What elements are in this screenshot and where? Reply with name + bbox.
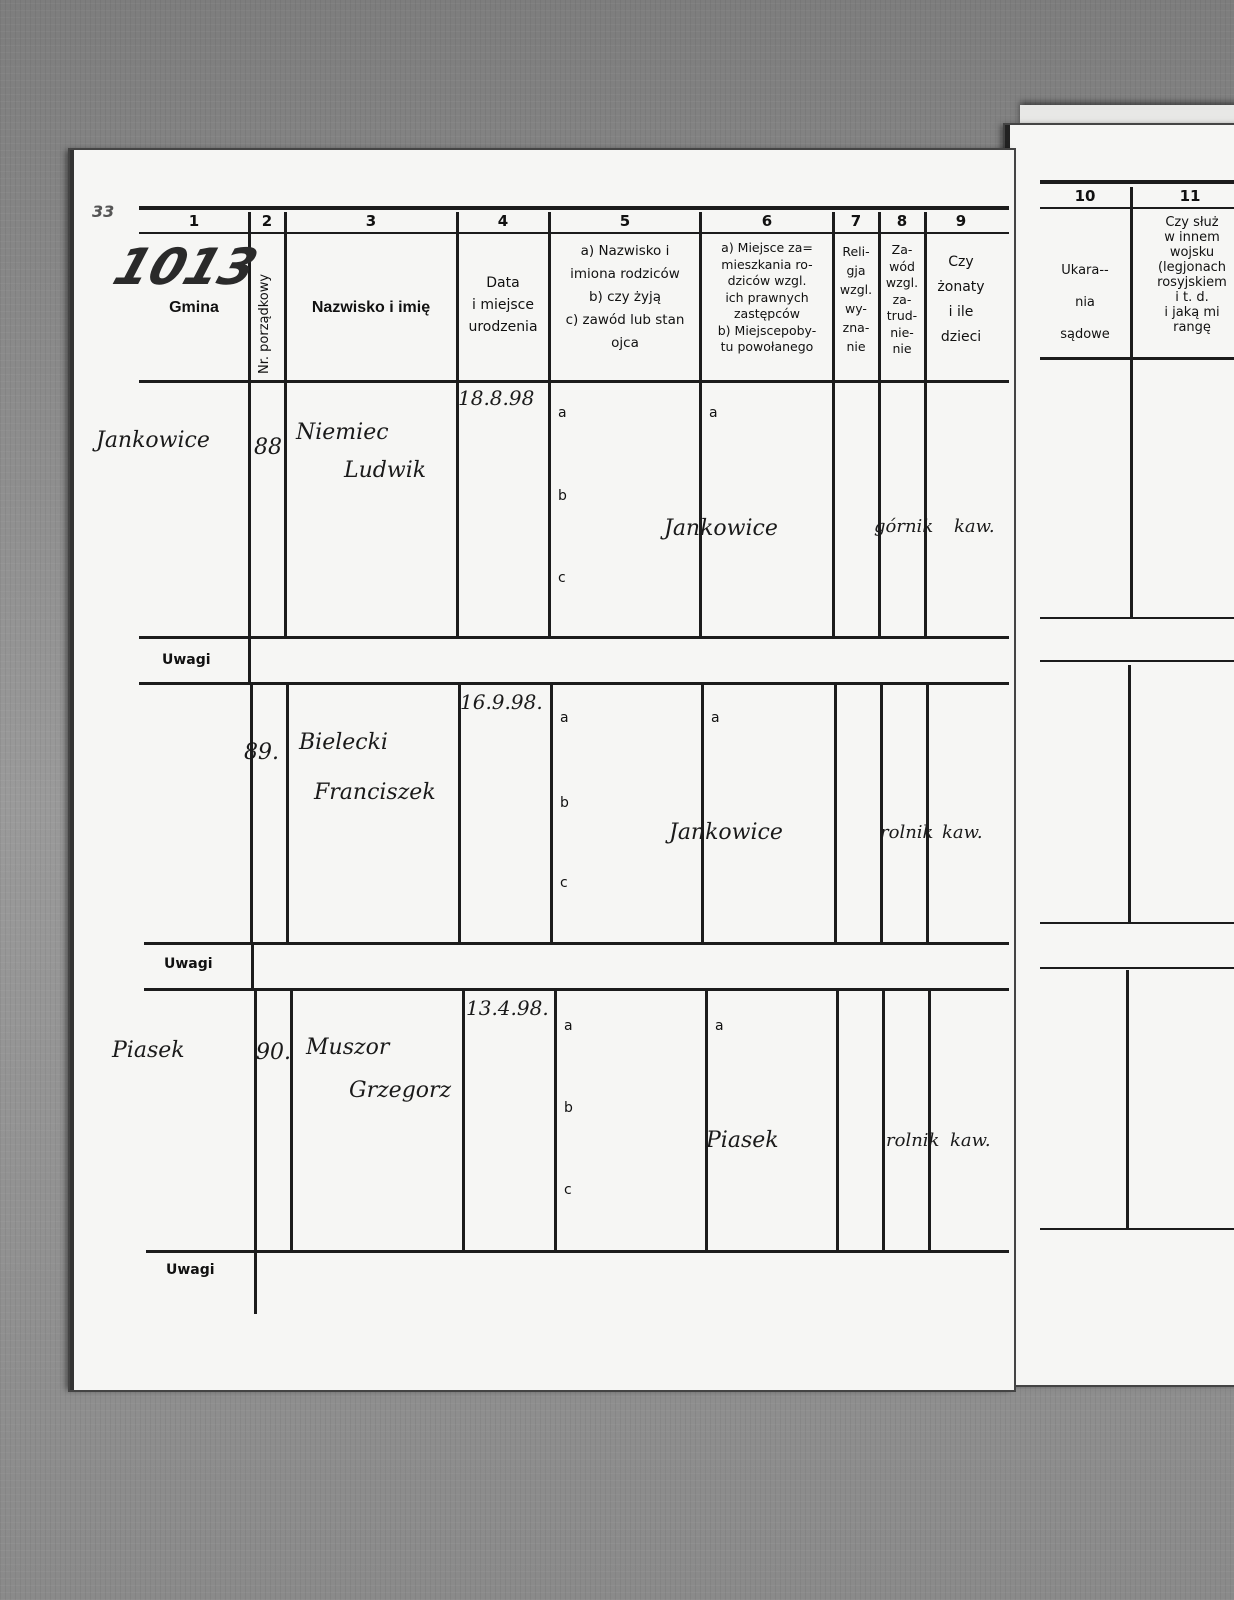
column-number-5: 5 xyxy=(550,212,700,230)
sub-label-c: c xyxy=(558,570,566,586)
column-header-religja: Reli- gja wzgl. wy- zna- nie xyxy=(834,242,878,356)
sub-label-a: a xyxy=(560,710,569,726)
sub-label-a: a xyxy=(564,1018,573,1034)
entry-residence: Piasek xyxy=(706,1128,779,1153)
column-number-7: 7 xyxy=(834,212,878,230)
entry-nr: 88 xyxy=(254,435,282,460)
sub-label-a: a xyxy=(558,405,567,421)
column-number-11: 11 xyxy=(1135,187,1234,205)
column-header-sluzba: Czy służ w innem wojsku (legjonach rosyj… xyxy=(1132,215,1234,335)
page-number: 33 xyxy=(92,202,114,221)
sub-label-c: c xyxy=(564,1182,572,1198)
entry-nr: 90. xyxy=(256,1040,291,1065)
column-number-8: 8 xyxy=(880,212,924,230)
column-header-nr-porzadkowy: Nr. porządkowy xyxy=(257,238,272,374)
entry-residence: Jankowice xyxy=(664,516,778,541)
entry-nr: 89. xyxy=(244,740,279,765)
sub-label-b: b xyxy=(564,1100,573,1116)
register-number: 1013 xyxy=(107,238,265,296)
adjacent-page: 10 11 Ukara-- nia sądowe Czy służ w inne… xyxy=(1005,125,1234,1385)
column-number-2: 2 xyxy=(250,212,284,230)
sub-label-a: a xyxy=(711,710,720,726)
entry-first-name: Ludwik xyxy=(344,458,426,483)
entry-residence: Jankowice xyxy=(669,820,783,845)
column-number-1: 1 xyxy=(139,212,249,230)
entry-first-name: Franciszek xyxy=(314,780,436,805)
remarks-label: Uwagi xyxy=(164,956,213,972)
column-number-3: 3 xyxy=(286,212,456,230)
column-header-data-urodzenia: Data i miejsce urodzenia xyxy=(458,272,548,338)
sub-label-b: b xyxy=(560,795,569,811)
sub-label-a: a xyxy=(715,1018,724,1034)
register-page: 33 1 2 3 4 5 6 7 8 9 1013 Gmina Nr. porz… xyxy=(70,150,1014,1390)
column-header-zonaty: Czy żonaty i ile dzieci xyxy=(926,250,996,350)
column-header-nazwisko: Nazwisko i imię xyxy=(286,300,456,316)
column-number-6: 6 xyxy=(701,212,833,230)
entry-surname: Niemiec xyxy=(296,420,389,445)
entry-marital-status: kaw. xyxy=(942,822,983,843)
entry-surname: Bielecki xyxy=(299,730,388,755)
column-number-9: 9 xyxy=(926,212,996,230)
column-number-4: 4 xyxy=(458,212,548,230)
sub-label-a: a xyxy=(709,405,718,421)
column-header-ukarania: Ukara-- nia sądowe xyxy=(1040,255,1130,351)
column-header-miejsce-zamieszkania: a) Miejsce za= mieszkania ro- dziców wzg… xyxy=(701,240,833,356)
entry-birth-date: 16.9.98. xyxy=(460,690,543,714)
remarks-label: Uwagi xyxy=(162,652,211,668)
entry-birth-date: 13.4.98. xyxy=(466,996,549,1020)
column-header-gmina: Gmina xyxy=(139,300,249,316)
sub-label-b: b xyxy=(558,488,567,504)
adjacent-page-edge xyxy=(1020,105,1234,127)
entry-occupation: górnik xyxy=(874,516,933,537)
entry-first-name: Grzegorz xyxy=(349,1078,451,1103)
entry-birth-date: 18.8.98 xyxy=(458,386,534,410)
column-header-rodzice: a) Nazwisko i imiona rodziców b) czy żyj… xyxy=(550,240,700,355)
column-header-zawod: Za- wód wzgl. za- trud- nie- nie xyxy=(880,242,924,358)
entry-occupation: rolnik xyxy=(880,822,933,843)
sub-label-c: c xyxy=(560,875,568,891)
entry-surname: Muszor xyxy=(306,1035,389,1060)
remarks-label: Uwagi xyxy=(166,1262,215,1278)
entry-marital-status: kaw. xyxy=(954,516,995,537)
column-number-10: 10 xyxy=(1040,187,1130,205)
entry-marital-status: kaw. xyxy=(950,1130,991,1151)
entry-gmina: Piasek xyxy=(112,1038,185,1063)
entry-gmina: Jankowice xyxy=(96,428,210,453)
entry-occupation: rolnik xyxy=(886,1130,939,1151)
